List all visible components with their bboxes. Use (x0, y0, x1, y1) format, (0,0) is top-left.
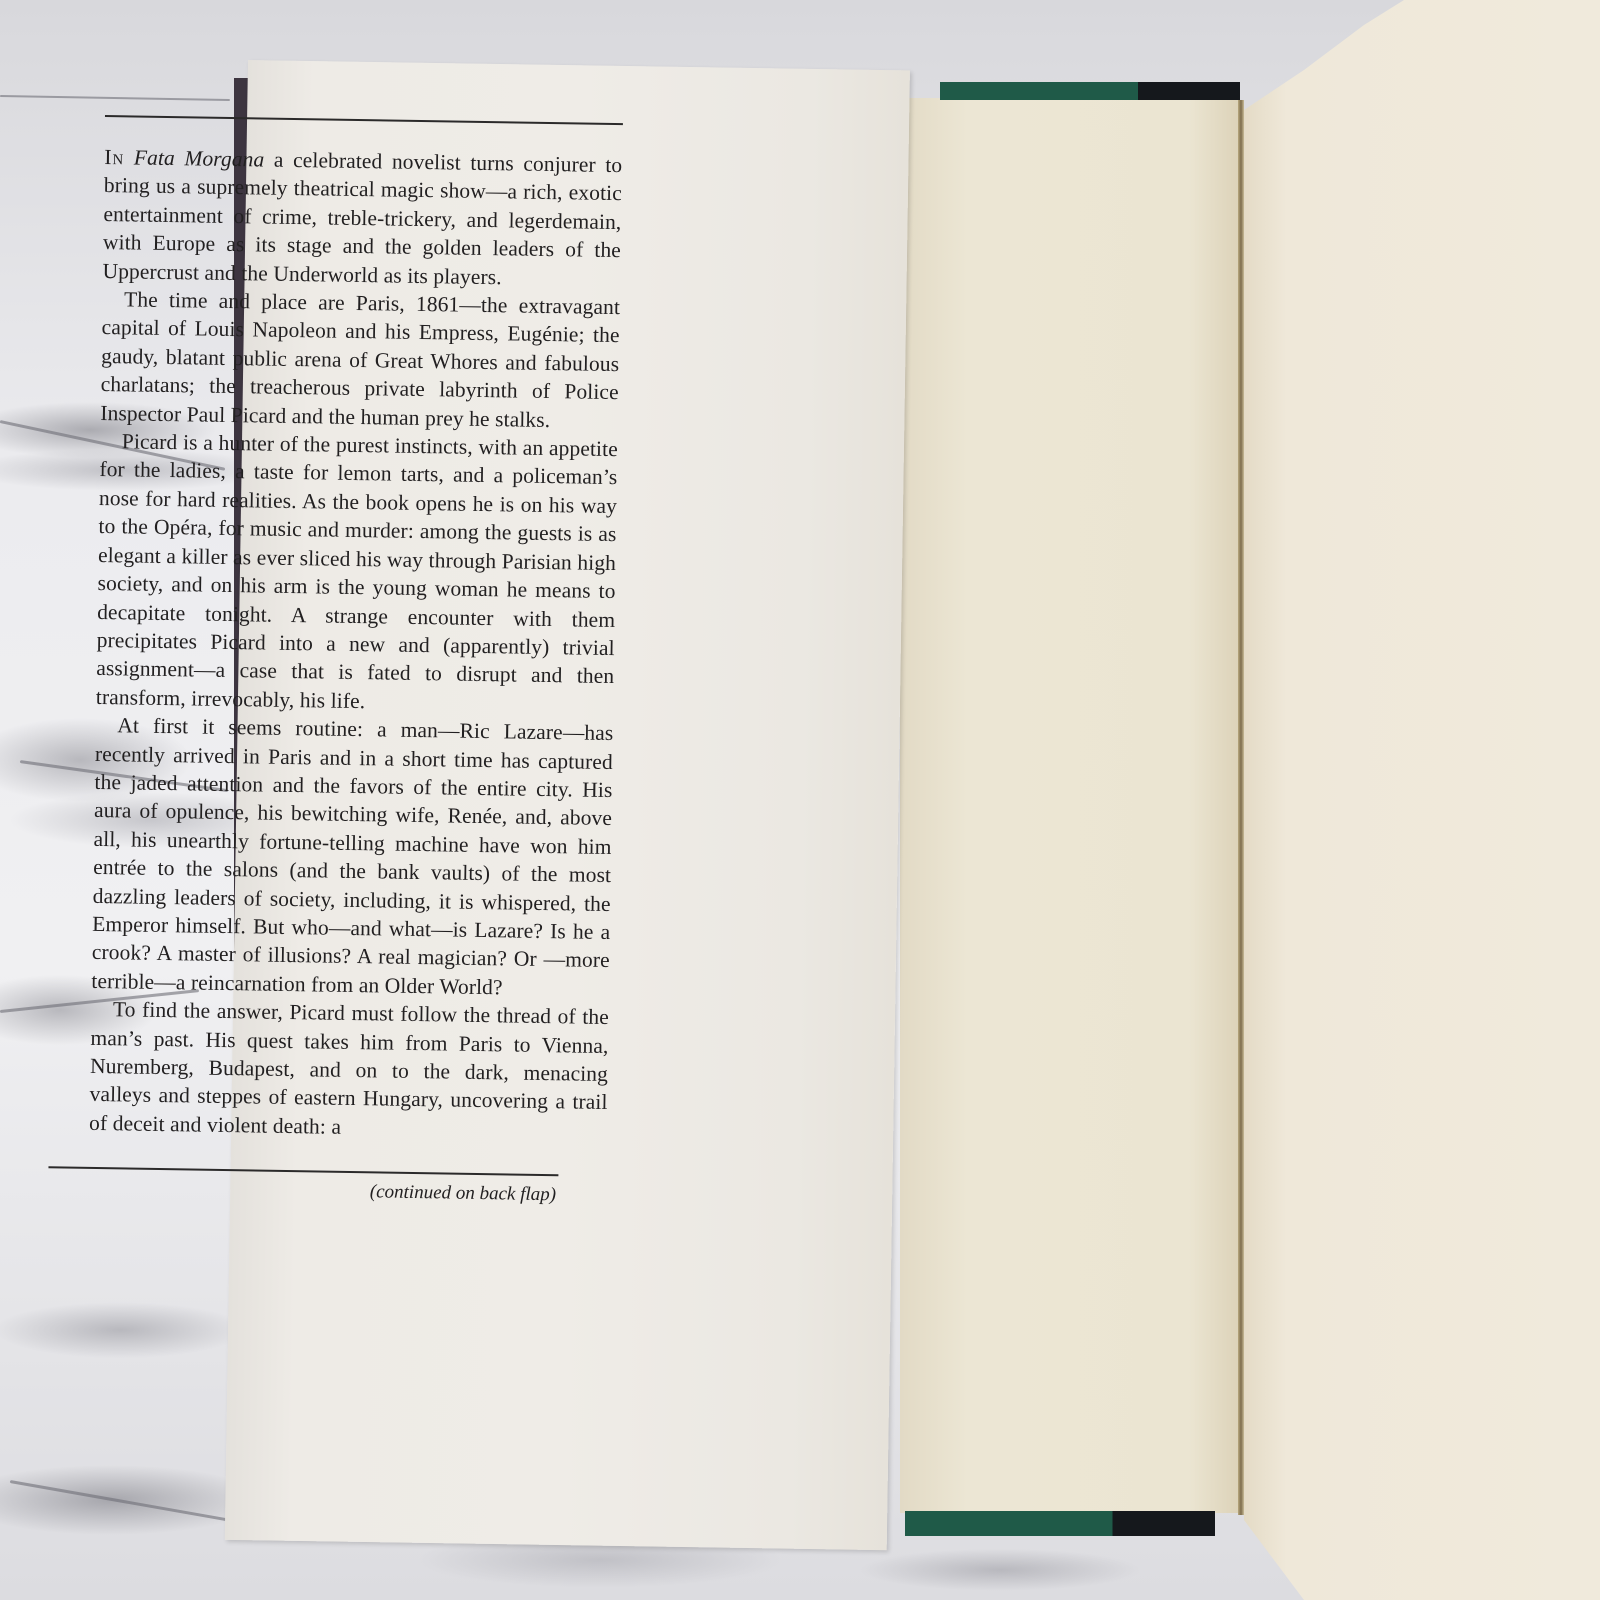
blurb-paragraph: The time and place are Paris, 1861—the e… (100, 285, 620, 435)
front-endpaper (900, 98, 1240, 1513)
blurb-paragraph: At first it seems routine: a man—Ric Laz… (91, 711, 613, 1003)
bottom-rule (48, 1166, 558, 1176)
cover-board-top-edge (940, 82, 1240, 100)
blurb-paragraph: To find the answer, Picard must follow t… (89, 995, 609, 1145)
book-title: Fata Morgana (134, 145, 265, 171)
blurb-paragraph: Picard is a hunter of the purest instinc… (96, 427, 618, 719)
opening-smallcaps: In (104, 145, 124, 169)
book-gutter (1238, 100, 1244, 1515)
right-page (1244, 0, 1600, 1600)
blurb-paragraph: In Fata Morgana a celebrated novelist tu… (102, 143, 622, 293)
blurb: In Fata Morgana a celebrated novelist tu… (89, 143, 623, 1145)
cover-board-bottom-edge (905, 1511, 1215, 1536)
flap-text-block: In Fata Morgana a celebrated novelist tu… (88, 115, 623, 1207)
